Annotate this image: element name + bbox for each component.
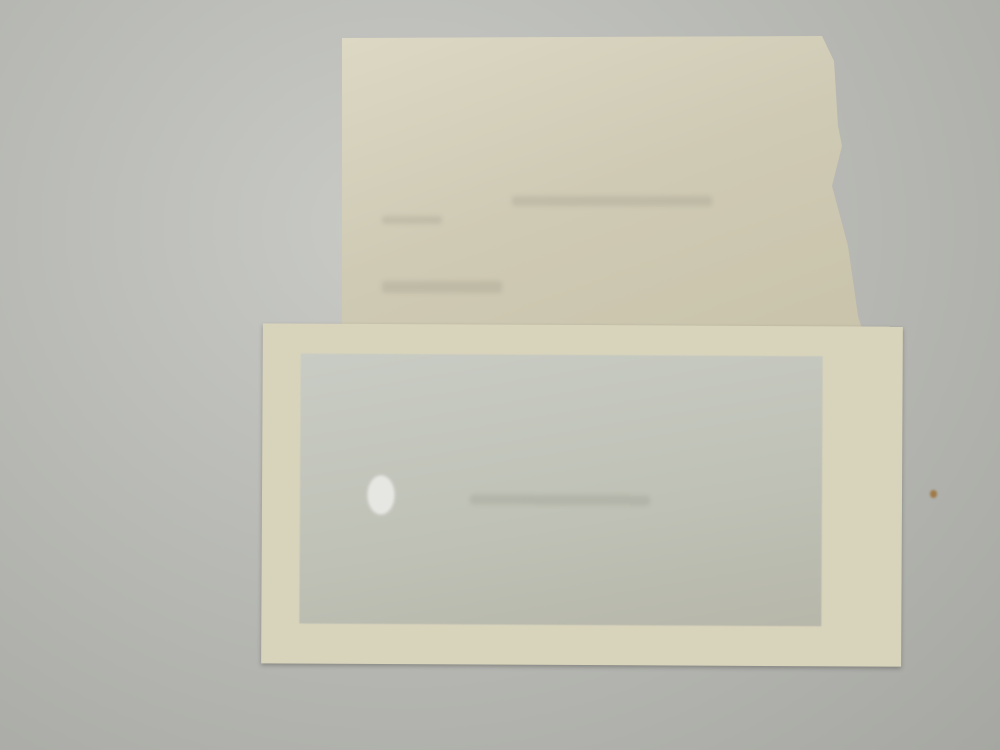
punched-hole [366,474,396,516]
faint-print [382,216,442,224]
upper-paper-slip [342,36,864,336]
faint-print [470,494,650,505]
faint-print [512,196,712,206]
faint-print [382,281,502,293]
dirt-speck [930,490,937,498]
lower-paper-slip [261,323,903,666]
